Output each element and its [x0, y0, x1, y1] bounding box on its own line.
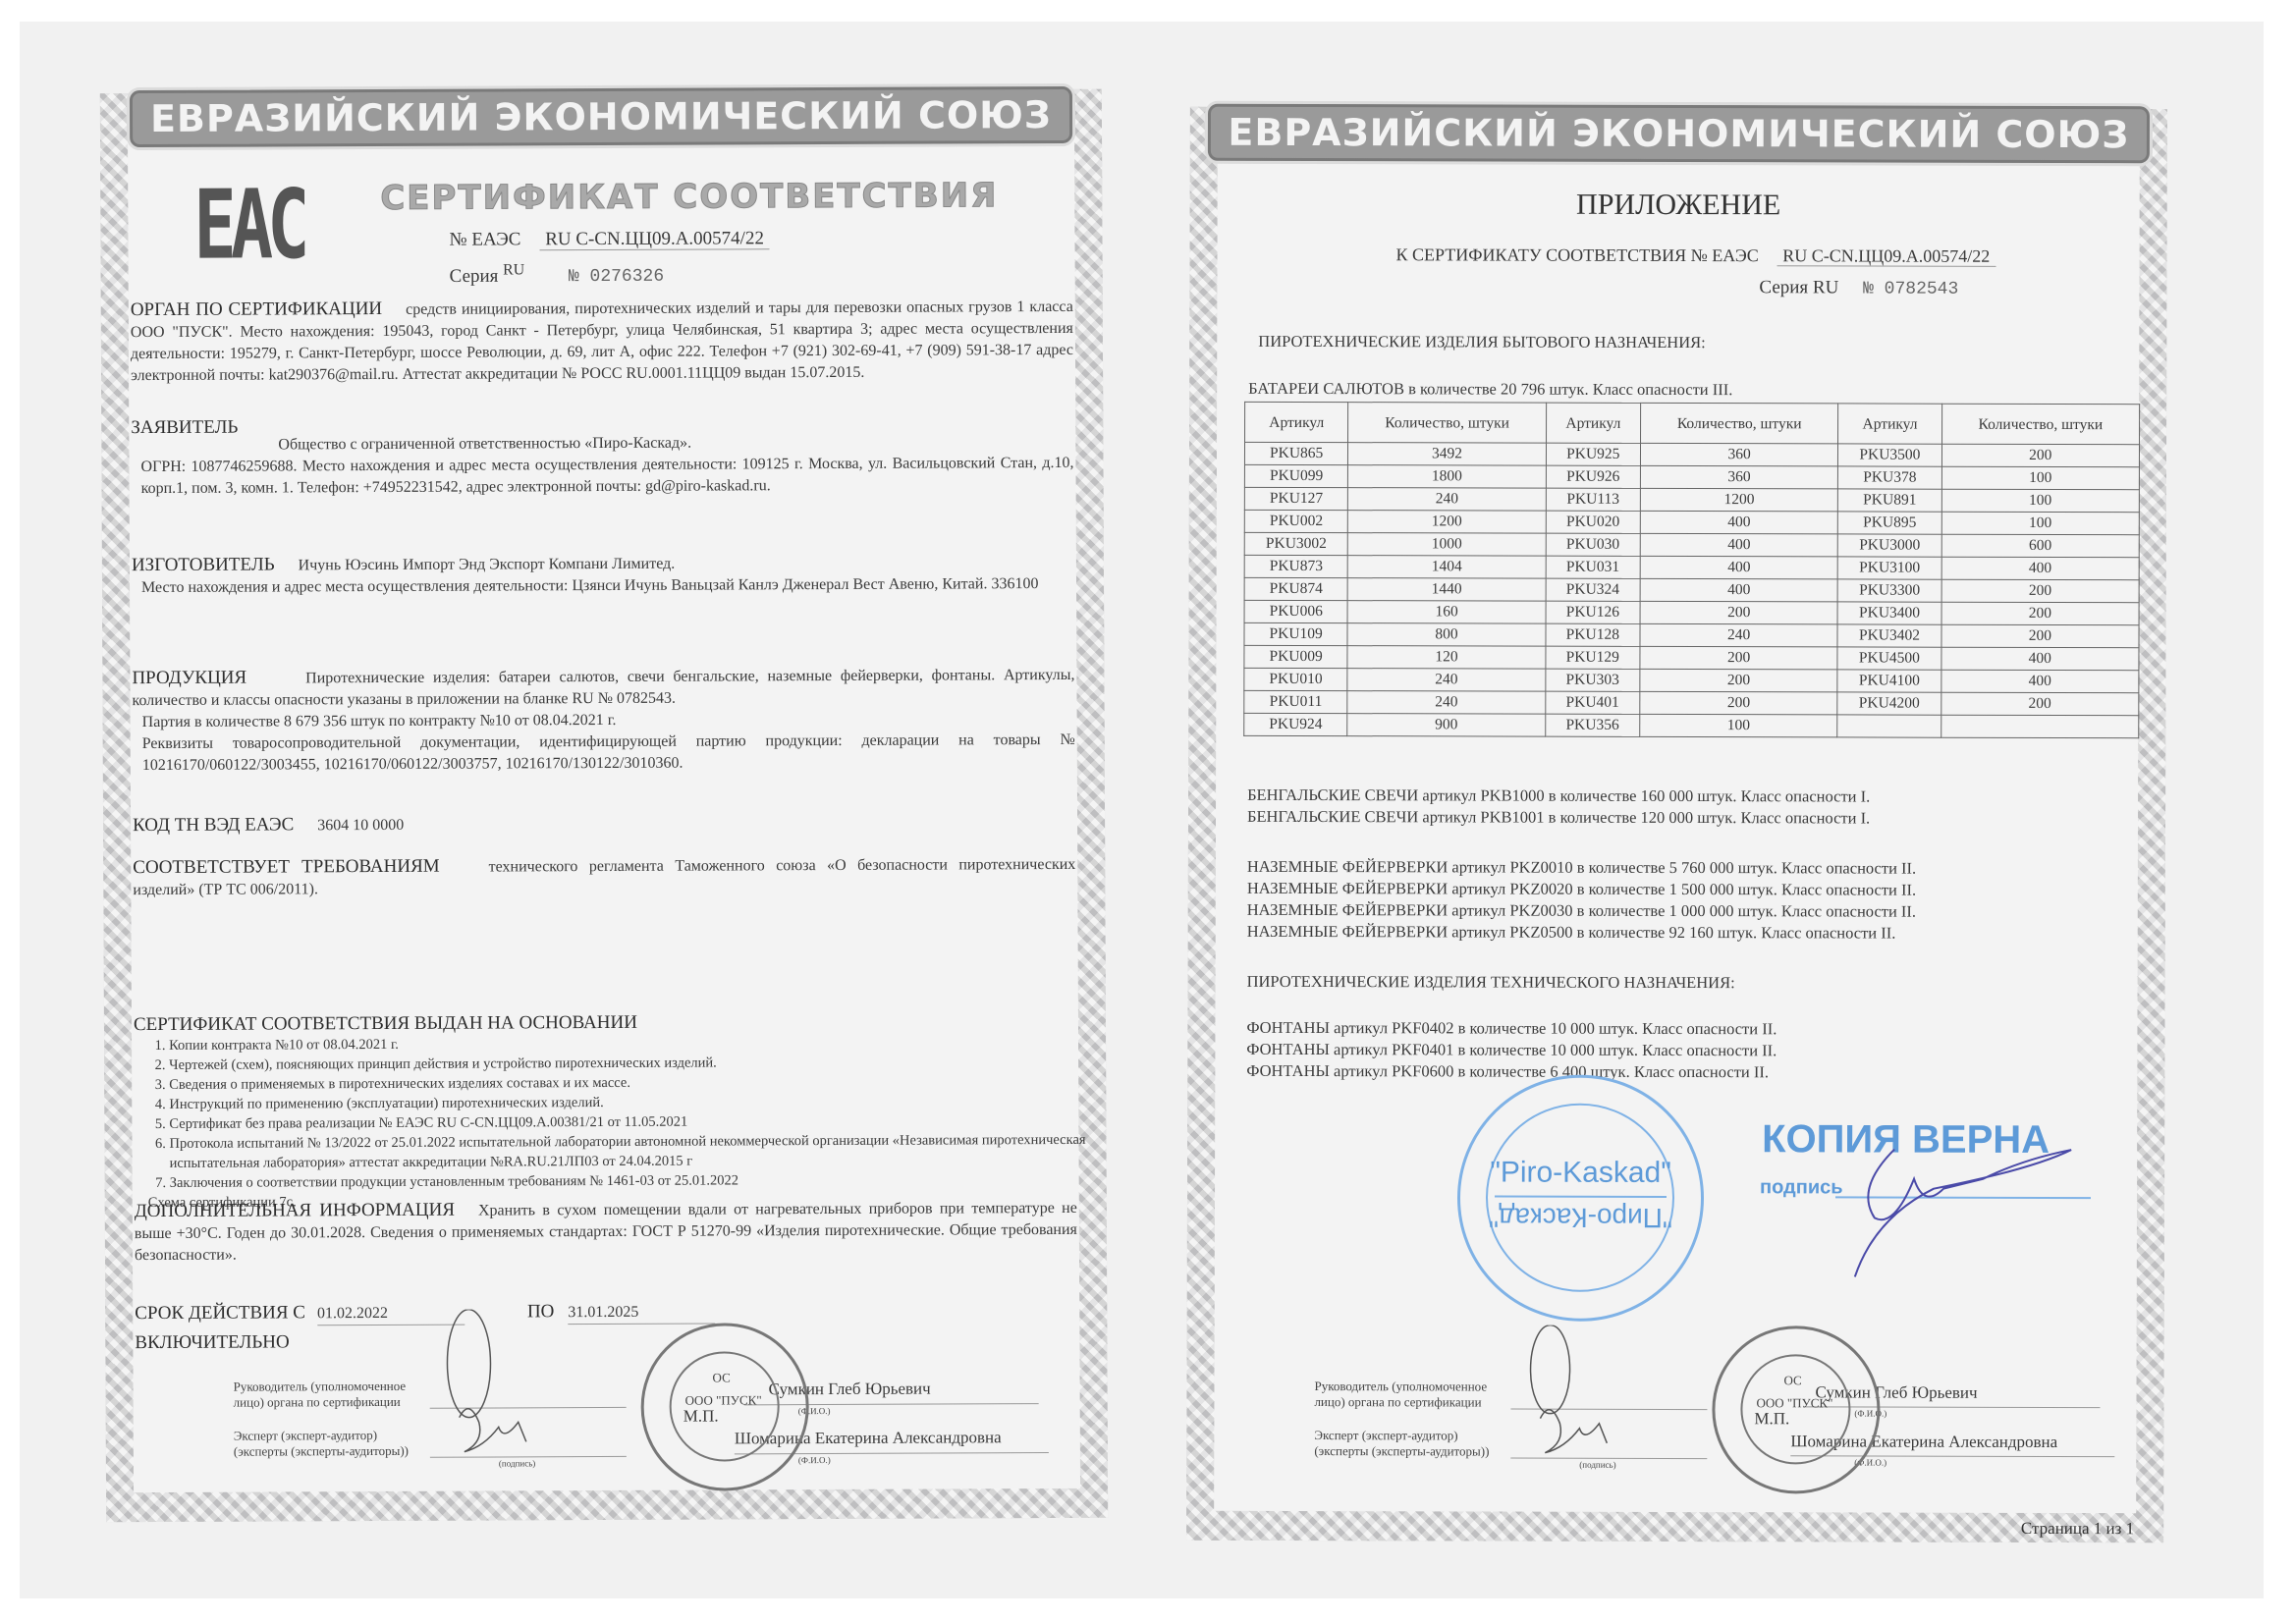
table-row: PKU006160PKU126200PKU3400200	[1244, 600, 2139, 624]
product-section: ПРОДУКЦИЯПиротехнические изделия: батаре…	[132, 664, 1074, 777]
article-cell: PKU010	[1244, 668, 1347, 690]
basis-item: Протокола испытаний № 13/2022 от 25.01.2…	[169, 1130, 1106, 1173]
quantity-cell: 200	[1640, 669, 1837, 692]
quantity-cell: 1404	[1348, 556, 1546, 579]
series-row: Серия RU № 0276326	[450, 261, 665, 288]
quantity-cell: 200	[1941, 624, 2139, 648]
certificate-title: СЕРТИФИКАТ СООТВЕТСТВИЯ	[380, 176, 998, 218]
series-value: RU	[503, 261, 524, 278]
quantity-cell: 1000	[1348, 533, 1546, 557]
article-cell: PKU924	[1244, 713, 1347, 735]
fountain-line: ФОНТАНЫ артикул PKF0401 в количестве 10 …	[1246, 1039, 1777, 1061]
quantity-cell: 400	[1640, 578, 1837, 602]
manufacturer-name: Ичунь Юэсинь Импорт Энд Экспорт Компани …	[299, 556, 676, 574]
sparkler-line: БЕНГАЛЬСКИЕ СВЕЧИ артикул PKB1001 в коли…	[1247, 806, 1870, 830]
quantity-cell: 1440	[1347, 578, 1545, 602]
validity-from-label: СРОК ДЕЙСТВИЯ С	[135, 1302, 305, 1324]
article-cell: PKU127	[1244, 487, 1347, 510]
handwritten-signature-icon	[429, 1309, 548, 1467]
quantity-cell: 400	[1640, 511, 1837, 534]
article-cell: PKU020	[1546, 511, 1640, 533]
product-text-1: Пиротехнические изделия: батареи салютов…	[132, 667, 1074, 709]
quantity-cell: 400	[1640, 533, 1837, 557]
quantity-cell: 240	[1640, 623, 1837, 647]
article-cell: PKU128	[1546, 623, 1640, 646]
quantity-cell: 100	[1941, 466, 2139, 490]
article-cell: PKU3400	[1837, 602, 1941, 624]
appendix-page: ЕВРАЗИЙСКИЙ ЭКОНОМИЧЕСКИЙ СОЮЗ ПРИЛОЖЕНИ…	[1186, 107, 2167, 1543]
quantity-cell: 120	[1347, 646, 1545, 670]
expert-fio-caption: (Ф.И.О.)	[798, 1455, 831, 1465]
table-row: PKU8741440PKU324400PKU3300200	[1244, 577, 2139, 602]
article-cell: PKU926	[1546, 465, 1640, 488]
head-signatory-label: Руководитель (уполномоченное лицо) орган…	[234, 1379, 407, 1411]
number-label: № ЕАЭС	[449, 229, 520, 249]
article-cell: PKU109	[1244, 622, 1347, 645]
applicant-section: ЗАЯВИТЕЛЬ Общество с ограниченной ответс…	[131, 413, 1073, 500]
quantity-cell: 160	[1347, 601, 1545, 624]
article-cell: PKU009	[1244, 645, 1347, 668]
expert-signatory-label: Эксперт (эксперт-аудитор) (эксперты (экс…	[1314, 1428, 1489, 1459]
certification-body-stamp: ОС ООО "ПУСК" М.П.	[640, 1323, 809, 1491]
mp-label: М.П.	[683, 1406, 719, 1426]
quantity-cell: 900	[1347, 714, 1545, 737]
table-row: PKU8731404PKU031400PKU3100400	[1244, 555, 2139, 579]
quantity-cell: 1200	[1640, 488, 1837, 512]
column-header: Количество, штуки	[1348, 403, 1546, 444]
quantity-cell: 200	[1941, 602, 2139, 625]
table-row: PKU011240PKU401200PKU4200200	[1244, 690, 2139, 715]
appendix-subtitle: К СЕРТИФИКАТУ СООТВЕТСТВИЯ № ЕАЭС RU C-C…	[1395, 244, 1995, 267]
article-cell: PKU324	[1546, 578, 1640, 601]
validity-inclusive: ВКЛЮЧИТЕЛЬНО	[135, 1330, 715, 1355]
article-cell	[1837, 715, 1941, 737]
quantity-cell: 400	[1941, 557, 2139, 580]
quantity-cell: 800	[1347, 623, 1545, 647]
table-row: PKU30021000PKU030400PKU3000600	[1244, 532, 2139, 557]
quantity-cell: 100	[1941, 512, 2139, 535]
sparklers-list: БЕНГАЛЬСКИЕ СВЕЧИ артикул PKB1000 в коли…	[1247, 784, 1870, 830]
articles-table: АртикулКоличество, штукиАртикулКоличеств…	[1243, 402, 2140, 738]
article-cell: PKU3000	[1837, 534, 1941, 557]
article-cell: PKU925	[1546, 443, 1640, 465]
quantity-cell: 3492	[1348, 443, 1546, 466]
article-cell: PKU3002	[1244, 532, 1347, 555]
basis-list: Копии контракта №10 от 08.04.2021 г.Черт…	[134, 1032, 1107, 1193]
series-row: Серия RU № 0782543	[1759, 277, 1958, 299]
quantity-cell: 100	[1941, 489, 2139, 513]
article-cell: PKU891	[1838, 489, 1941, 512]
tnved-label: КОД ТН ВЭД ЕАЭС	[133, 814, 294, 836]
article-cell: PKU113	[1546, 488, 1640, 511]
quantity-cell: 100	[1640, 714, 1837, 737]
quantity-cell: 200	[1941, 579, 2139, 603]
handwritten-signature-icon	[1510, 1325, 1628, 1473]
quantity-cell: 400	[1941, 670, 2139, 693]
eaeu-banner: ЕВРАЗИЙСКИЙ ЭКОНОМИЧЕСКИЙ СОЮЗ	[1207, 104, 2150, 164]
tnved-value: 3604 10 0000	[317, 817, 404, 834]
mp-label: М.П.	[1754, 1409, 1789, 1429]
ground-firework-line: НАЗЕМНЫЕ ФЕЙЕРВЕРКИ артикул PKZ0010 в ко…	[1247, 856, 1916, 880]
ground-firework-line: НАЗЕМНЫЕ ФЕЙЕРВЕРКИ артикул PKZ0500 в ко…	[1247, 921, 1916, 945]
fountain-line: ФОНТАНЫ артикул PKF0600 в количестве 6 4…	[1246, 1060, 1777, 1083]
ground-firework-line: НАЗЕМНЫЕ ФЕЙЕРВЕРКИ артикул PKZ0030 в ко…	[1247, 899, 1916, 923]
article-cell: PKU4100	[1837, 670, 1941, 692]
table-row: PKU8653492PKU925360PKU3500200	[1244, 442, 2139, 466]
additional-label: ДОПОЛНИТЕЛЬНАЯ ИНФОРМАЦИЯ	[135, 1200, 455, 1221]
quantity-cell: 240	[1347, 691, 1545, 715]
signature-label: подпись	[1760, 1176, 1843, 1199]
table-row: PKU109800PKU128240PKU3402200	[1244, 622, 2139, 647]
article-cell: PKU126	[1546, 601, 1640, 623]
article-cell: PKU865	[1244, 442, 1347, 464]
quantity-cell: 1800	[1348, 465, 1546, 489]
expert-signatory-label: Эксперт (эксперт-аудитор) (эксперты (экс…	[234, 1428, 409, 1460]
article-cell: PKU099	[1244, 464, 1347, 487]
quantity-cell: 200	[1640, 646, 1837, 670]
product-label: ПРОДУКЦИЯ	[132, 668, 246, 689]
quantity-cell: 200	[1941, 692, 2138, 716]
article-cell: PKU895	[1838, 512, 1941, 534]
article-cell: PKU031	[1546, 556, 1640, 578]
quantity-cell	[1941, 715, 2138, 738]
table-row: PKU127240PKU1131200PKU891100	[1244, 487, 2139, 512]
column-header: Артикул	[1245, 402, 1348, 442]
certificate-number: RU C-CN.ЦЦ09.А.00574/22	[539, 228, 770, 250]
subtitle-number: RU C-CN.ЦЦ09.А.00574/22	[1777, 245, 1995, 267]
handwritten-signature-icon	[1835, 1139, 2110, 1287]
validity-to-date: 31.01.2025	[568, 1302, 715, 1325]
article-cell: PKU4500	[1837, 647, 1941, 670]
technical-heading: ПИРОТЕХНИЧЕСКИЕ ИЗДЕЛИЯ ТЕХНИЧЕСКОГО НАЗ…	[1247, 971, 1735, 994]
company-stamp: "Piro-Kaskad" "Пиро-Каскад"	[1457, 1074, 1705, 1322]
certification-body-stamp: ОС ООО "ПУСК" М.П.	[1712, 1325, 1880, 1493]
household-heading: ПИРОТЕХНИЧЕСКИЕ ИЗДЕЛИЯ БЫТОВОГО НАЗНАЧЕ…	[1258, 331, 1706, 353]
table-row: PKU010240PKU303200PKU4100400	[1244, 668, 2139, 692]
quantity-cell: 240	[1348, 488, 1546, 512]
head-signatory-label: Руководитель (уполномоченное лицо) орган…	[1314, 1379, 1487, 1410]
article-cell: PKU356	[1545, 714, 1639, 736]
article-cell: PKU3402	[1837, 624, 1941, 647]
quantity-cell: 200	[1941, 444, 2139, 467]
column-header: Артикул	[1838, 404, 1941, 444]
manufacturer-text: Место нахождения и адрес места осуществл…	[132, 573, 1074, 599]
article-cell: PKU303	[1546, 669, 1640, 691]
table-row: PKU924900PKU356100	[1244, 713, 2139, 737]
quantity-cell: 600	[1941, 534, 2139, 558]
column-header: Количество, штуки	[1641, 403, 1838, 444]
article-cell: PKU129	[1546, 646, 1640, 669]
quantity-cell: 240	[1347, 669, 1545, 692]
stamp-cyrillic-name: "Пиро-Каскад"	[1460, 1201, 1701, 1233]
article-cell: PKU002	[1244, 510, 1347, 532]
article-cell: PKU3100	[1837, 557, 1941, 579]
table-row: PKU009120PKU129200PKU4500400	[1244, 645, 2139, 670]
cert-body-section: ОРГАН ПО СЕРТИФИКАЦИИсредств инициирован…	[131, 296, 1073, 387]
blank-number: № 0782543	[1863, 279, 1958, 298]
article-cell: PKU873	[1244, 555, 1347, 577]
quantity-cell: 360	[1640, 465, 1837, 489]
manufacturer-label: ИЗГОТОВИТЕЛЬ	[132, 554, 275, 575]
additional-section: ДОПОЛНИТЕЛЬНАЯ ИНФОРМАЦИЯХранить в сухом…	[135, 1197, 1077, 1267]
article-cell: PKU4200	[1837, 692, 1941, 715]
article-cell: PKU011	[1244, 690, 1347, 713]
article-cell: PKU006	[1244, 600, 1347, 622]
article-cell: PKU030	[1546, 533, 1640, 556]
sparkler-line: БЕНГАЛЬСКИЕ СВЕЧИ артикул PKB1000 в коли…	[1247, 784, 1870, 808]
ground-firework-line: НАЗЕМНЫЕ ФЕЙЕРВЕРКИ артикул PKZ0020 в ко…	[1247, 878, 1916, 901]
quantity-cell: 360	[1640, 443, 1837, 466]
blank-number: № 0276326	[569, 267, 664, 287]
certificate-page: ЕВРАЗИЙСКИЙ ЭКОНОМИЧЕСКИЙ СОЮЗ ЕАС СЕРТИ…	[100, 89, 1108, 1522]
applicant-text: ОГРН: 1087746259688. Место нахождения и …	[131, 453, 1073, 500]
column-header: Артикул	[1546, 403, 1640, 443]
quantity-cell: 400	[1640, 556, 1837, 579]
manufacturer-section: ИЗГОТОВИТЕЛЬИчунь Юэсинь Импорт Энд Эксп…	[132, 551, 1074, 599]
batteries-line: БАТАРЕИ САЛЮТОВ в количестве 20 796 штук…	[1248, 378, 1732, 401]
series-value: RU	[1813, 277, 1838, 298]
validity-section: СРОК ДЕЙСТВИЯ С 01.02.2022 ПО 31.01.2025…	[135, 1301, 715, 1355]
table-row: PKU0991800PKU926360PKU378100	[1244, 464, 2139, 489]
tnved-section: КОД ТН ВЭД ЕАЭС 3604 10 0000	[133, 814, 404, 838]
column-header: Количество, штуки	[1941, 404, 2139, 445]
certificate-number-row: № ЕАЭС RU C-CN.ЦЦ09.А.00574/22	[449, 228, 770, 250]
quantity-cell: 400	[1941, 647, 2139, 671]
basis-section: СЕРТИФИКАТ СООТВЕТСТВИЯ ВЫДАН НА ОСНОВАН…	[134, 1010, 1107, 1213]
eac-logo: ЕАС	[193, 169, 304, 281]
fountains-list: ФОНТАНЫ артикул PKF0402 в количестве 10 …	[1246, 1017, 1777, 1083]
quantity-cell: 200	[1640, 601, 1837, 624]
article-cell: PKU378	[1838, 466, 1941, 489]
quantity-cell: 200	[1640, 691, 1837, 715]
article-cell: PKU3500	[1838, 444, 1941, 466]
complies-label: СООТВЕТСТВУЕТ ТРЕБОВАНИЯМ	[133, 856, 439, 878]
subtitle-label: К СЕРТИФИКАТУ СООТВЕТСТВИЯ № ЕАЭС	[1395, 244, 1758, 265]
series-label: Серия	[450, 266, 499, 287]
complies-section: СООТВЕТСТВУЕТ ТРЕБОВАНИЯМтехнического ре…	[133, 853, 1075, 901]
fountain-line: ФОНТАНЫ артикул PKF0402 в количестве 10 …	[1246, 1017, 1777, 1040]
article-cell: PKU3300	[1837, 579, 1941, 602]
eaeu-banner: ЕВРАЗИЙСКИЙ ЭКОНОМИЧЕСКИЙ СОЮЗ	[130, 86, 1072, 147]
article-cell: PKU874	[1244, 577, 1347, 600]
ground-fireworks-list: НАЗЕМНЫЕ ФЕЙЕРВЕРКИ артикул PKZ0010 в ко…	[1247, 856, 1917, 945]
cert-body-label: ОРГАН ПО СЕРТИФИКАЦИИ	[131, 298, 382, 320]
product-text-3: Реквизиты товаросопроводительной докумен…	[133, 730, 1075, 777]
quantity-cell: 1200	[1348, 511, 1546, 534]
table-row: PKU0021200PKU020400PKU895100	[1244, 510, 2139, 534]
series-label: Серия	[1759, 277, 1808, 298]
article-cell: PKU401	[1545, 691, 1639, 714]
stamp-latin-name: "Piro-Kaskad"	[1460, 1156, 1701, 1190]
page-indicator: Страница 1 из 1	[2021, 1519, 2134, 1539]
appendix-title: ПРИЛОЖЕНИЕ	[1190, 188, 2167, 224]
